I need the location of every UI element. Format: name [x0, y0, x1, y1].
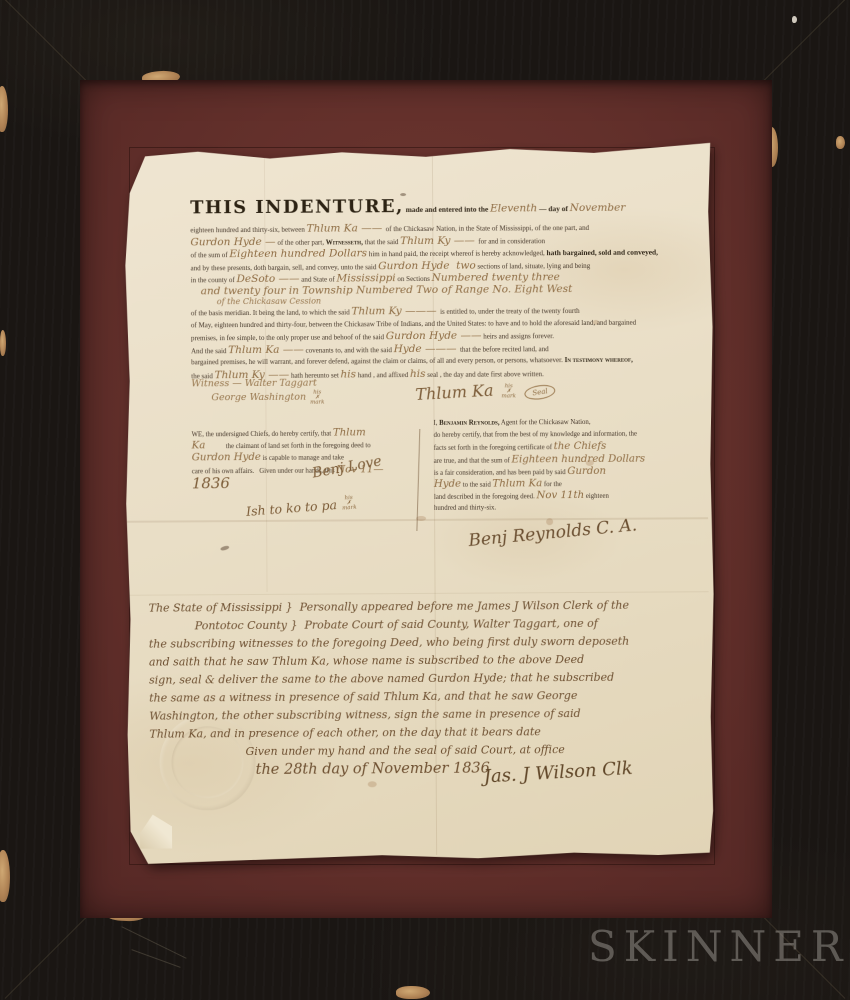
agent-certificate: I, Benjamin Reynolds, Agent for the Chic…: [433, 416, 674, 515]
frame-mitre-seam: [763, 0, 846, 82]
his-mark: his ✗ mark: [341, 496, 357, 513]
his-mark: his ✗ mark: [310, 390, 325, 406]
his-mark: his ✗ mark: [501, 384, 516, 400]
signer-name: Thlum Ka: [415, 380, 494, 404]
witness-signature: Witness — Walter Taggart: [191, 378, 324, 391]
frame-wear-chip: [792, 16, 797, 23]
auction-photo: THIS INDENTURE, made and entered into th…: [0, 0, 850, 1000]
frame-scratch: [121, 926, 186, 958]
deed-heading: THIS INDENTURE, made and entered into th…: [190, 193, 672, 220]
affidavit-line: the subscribing witnesses to the foregoi…: [149, 632, 701, 653]
agent-cert-line: are true, and that the sum of Eighteen h…: [434, 453, 674, 467]
document-paper-wrap: THIS INDENTURE, made and entered into th…: [114, 139, 718, 865]
paper-fold-crease: [125, 591, 709, 596]
deed-text-block: THIS INDENTURE, made and entered into th…: [190, 193, 673, 381]
frame-wear-chip: [0, 86, 8, 132]
foxing-spot: [368, 781, 377, 787]
principal-signature: Thlum Ka his ✗ mark Seal: [415, 382, 555, 402]
signer-name: Ish to ko to pa: [246, 497, 338, 519]
skinner-watermark: SKINNER: [588, 922, 850, 971]
frame-mitre-seam: [5, 0, 88, 82]
chief-signature-ishtokotopa: Ish to ko to pa his ✗ mark: [246, 496, 357, 520]
ink-smudge: [220, 545, 230, 551]
frame-wear-chip: [0, 330, 6, 356]
witness-signature: George Washington: [211, 392, 306, 405]
seal-stamp: Seal: [523, 383, 556, 401]
frame-mitre-seam: [5, 916, 88, 999]
chiefs-certificate: WE, the undersigned Chiefs, do hereby ce…: [192, 427, 426, 489]
agent-cert-line: hundred and thirty-six.: [434, 502, 674, 516]
affidavit-line: The State of Mississippi } Personally ap…: [149, 596, 701, 617]
frame-wear-chip: [0, 850, 10, 902]
witness-block: Witness — Walter Taggart George Washingt…: [191, 378, 324, 407]
probate-affidavit-block: The State of Mississippi } Personally ap…: [149, 596, 702, 779]
frame-wear-chip: [836, 136, 845, 149]
frame-wear-chip: [396, 986, 430, 999]
paper-dog-ear: [140, 814, 172, 848]
chiefs-cert-date: 1836: [192, 476, 426, 490]
indenture-document: THIS INDENTURE, made and entered into th…: [114, 139, 718, 865]
